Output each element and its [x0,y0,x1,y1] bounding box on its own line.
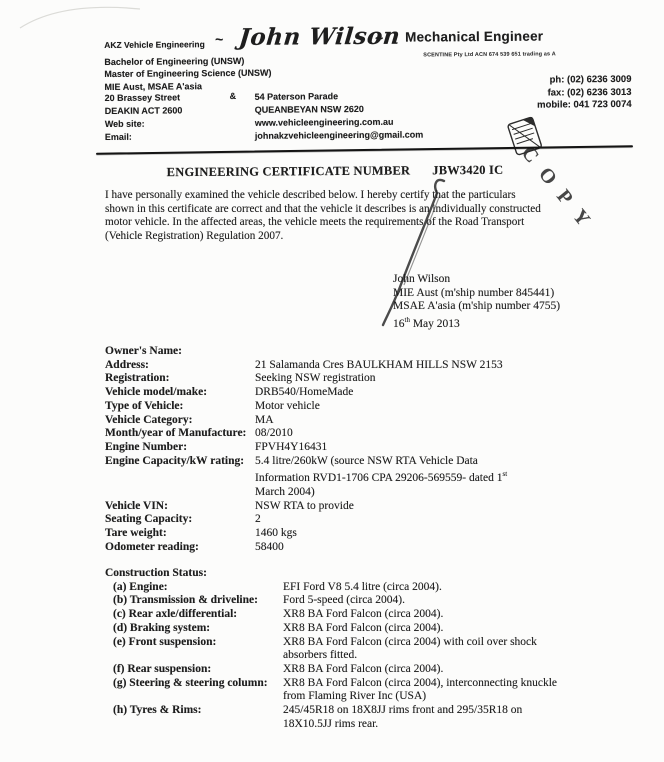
construction-row: (e) Front suspension:XR8 BA Ford Falcon … [105,636,557,663]
tilde-separator: ~ [375,30,383,46]
construction-row-label: (g) Steering & steering column: [105,677,283,704]
detail-row-value: MA [255,414,274,428]
detail-row: Type of Vehicle:Motor vehicle [105,400,507,414]
detail-row-label: Registration: [105,372,255,386]
construction-row: (b) Transmission & driveline:Ford 5-spee… [105,594,557,608]
construction-row: (h) Tyres & Rims:245/45R18 on 18X8JJ rim… [105,704,557,731]
declaration: I have personally examined the vehicle d… [105,189,541,243]
office-right-line: 54 Paterson Parade [255,90,423,104]
detail-row-value: 08/2010 [255,427,293,441]
detail-row-value: FPVH4Y16431 [255,441,327,455]
credentials-list: Bachelor of Engineering (UNSW)Master of … [104,55,271,94]
office-right-line: www.vehicleengineering.com.au [255,115,423,129]
office-left-line: Email: [105,130,183,144]
detail-row-value: 1460 kgs [255,527,297,541]
detail-row-value: 21 Salamanda Cres BAULKHAM HILLS NSW 215… [255,359,503,373]
construction-row-label: (d) Braking system: [105,622,283,636]
office-left-line: Web site: [105,117,183,131]
construction-section: Construction Status: (a) Engine:EFI Ford… [105,567,557,731]
declaration-line: motor vehicle. In the affected areas, th… [105,216,541,230]
detail-row: Owner's Name: [105,345,507,359]
scanned-certificate-page: AKZ Vehicle Engineering ~ John Wilson ~ … [0,0,664,762]
detail-row-label: Engine Capacity/kW rating: [105,455,255,500]
construction-row-value: 245/45R18 on 18X8JJ rims front and 295/3… [283,704,522,731]
certificate-title-row: ENGINEERING CERTIFICATE NUMBER JBW3420 I… [105,162,565,180]
detail-row-label: Vehicle Category: [105,414,255,428]
detail-row-label: Odometer reading: [105,541,255,555]
credential-line: Master of Engineering Science (UNSW) [104,67,271,81]
detail-row-value: Seeking NSW registration [255,372,376,386]
office-left-column: 20 Brassey StreetDEAKIN ACT 2600Web site… [105,91,183,143]
detail-row-label: Seating Capacity: [105,513,255,527]
signatory-block: John Wilson MIE Aust (m'ship number 8454… [393,273,560,331]
construction-row: (d) Braking system:XR8 BA Ford Falcon (c… [105,622,557,636]
construction-row-value: EFI Ford V8 5.4 litre (circa 2004). [283,581,442,595]
detail-row-value: Motor vehicle [255,400,320,414]
detail-row-value: 5.4 litre/260kW (source NSW RTA Vehicle … [255,455,507,500]
signature-date: 16th May 2013 [393,314,560,331]
construction-row: (a) Engine:EFI Ford V8 5.4 litre (circa … [105,581,557,595]
construction-row: (g) Steering & steering column:XR8 BA Fo… [105,677,557,704]
detail-row: Vehicle Category:MA [105,414,507,428]
detail-row: Odometer reading:58400 [105,541,507,555]
office-right-line: QUEANBEYAN NSW 2620 [255,102,423,116]
detail-row: Address:21 Salamanda Cres BAULKHAM HILLS… [105,359,507,373]
company-name: AKZ Vehicle Engineering [104,39,205,50]
construction-row-label: (c) Rear axle/differential: [105,608,283,622]
construction-row-value: XR8 BA Ford Falcon (circa 2004). [283,663,443,677]
detail-row-label: Month/year of Manufacture: [105,427,255,441]
office-right-line: johnakzvehicleengineering@gmail.com [255,128,423,142]
detail-row-value: NSW RTA to provide [255,500,354,514]
signatory-name: John Wilson [393,273,560,287]
detail-row-label: Owner's Name: [105,345,255,359]
phone-number: ph: (02) 6236 3009 [537,74,632,87]
construction-row-value: XR8 BA Ford Falcon (circa 2004), interco… [283,677,557,704]
contact-block: ph: (02) 6236 3009 fax: (02) 6236 3013 m… [537,74,632,113]
construction-items: (a) Engine:EFI Ford V8 5.4 litre (circa … [105,581,557,732]
office-left-line: DEAKIN ACT 2600 [105,104,183,118]
construction-row-label: (a) Engine: [105,581,283,595]
construction-row-label: (e) Front suspension: [105,636,283,663]
construction-row: (c) Rear axle/differential:XR8 BA Ford F… [105,608,557,622]
construction-row-value: XR8 BA Ford Falcon (circa 2004). [283,622,443,636]
detail-row: Seating Capacity:2 [105,513,507,527]
fax-number: fax: (02) 6236 3013 [537,86,632,99]
construction-row: (f) Rear suspension:XR8 BA Ford Falcon (… [105,663,557,677]
detail-row-label: Engine Number: [105,441,255,455]
detail-row-value: DRB540/HomeMade [255,386,353,400]
construction-row-label: (b) Transmission & driveline: [105,594,283,608]
office-ampersand: & [230,91,237,101]
declaration-line: I have personally examined the vehicle d… [105,189,541,203]
office-right-column: 54 Paterson ParadeQUEANBEYAN NSW 2620www… [255,90,424,143]
tilde-separator: ~ [215,31,223,47]
detail-row: Vehicle VIN:NSW RTA to provide [105,500,507,514]
detail-row-value: 2 [255,513,261,527]
signatory-membership: MIE Aust (m'ship number 845441) [393,287,560,301]
signatory-membership: MSAE A'asia (m'ship number 4755) [393,300,560,314]
detail-row-label: Vehicle model/make: [105,386,255,400]
detail-row-label: Tare weight: [105,527,255,541]
office-left-line: 20 Brassey Street [105,91,183,105]
detail-row-label: Type of Vehicle: [105,400,255,414]
detail-row: Vehicle model/make:DRB540/HomeMade [105,386,507,400]
detail-row: Registration:Seeking NSW registration [105,372,507,386]
detail-row: Engine Capacity/kW rating:5.4 litre/260k… [105,455,507,500]
construction-row-label: (h) Tyres & Rims: [105,704,283,731]
detail-row: Tare weight:1460 kgs [105,527,507,541]
declaration-line: shown in this certificate are correct an… [105,203,541,217]
construction-heading: Construction Status: [105,567,557,581]
trading-line: SCENTINE Pty Ltd ACN 674 539 651 trading… [423,51,556,58]
construction-row-label: (f) Rear suspension: [105,663,283,677]
vehicle-details-section: Owner's Name:Address:21 Salamanda Cres B… [105,345,507,554]
construction-row-value: Ford 5-speed (circa 2004). [283,594,405,608]
detail-row: Engine Number:FPVH4Y16431 [105,441,507,455]
detail-row-value: 58400 [255,541,284,555]
construction-row-value: XR8 BA Ford Falcon (circa 2004) with coi… [283,636,537,663]
detail-row-label: Vehicle VIN: [105,500,255,514]
declaration-line: (Vehicle Registration) Regulation 2007. [105,230,541,244]
construction-row-value: XR8 BA Ford Falcon (circa 2004). [283,608,443,622]
mobile-number: mobile: 041 723 0074 [537,99,632,112]
detail-row-label: Address: [105,359,255,373]
detail-row: Month/year of Manufacture:08/2010 [105,427,507,441]
profession-title: Mechanical Engineer [405,29,543,45]
